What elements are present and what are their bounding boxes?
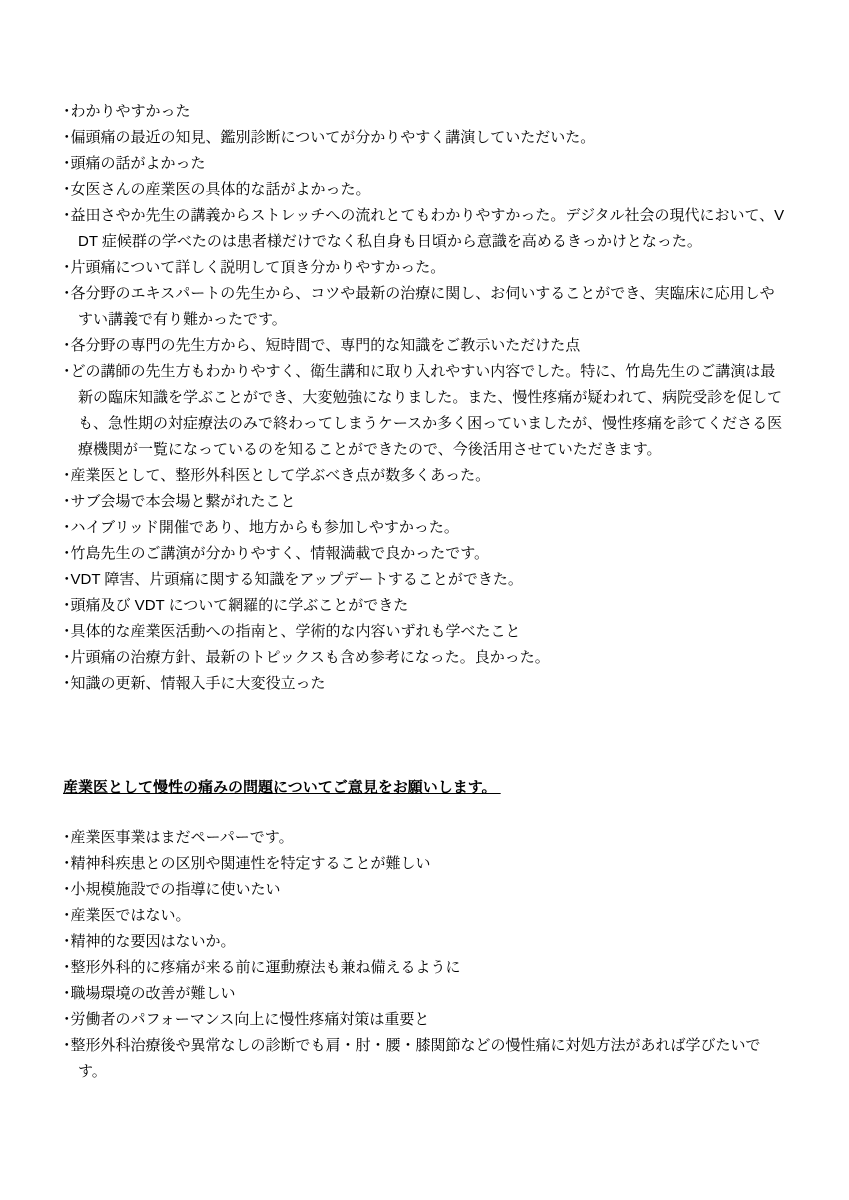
- comment-text: 頭痛の話がよかった: [71, 155, 206, 172]
- bullet-glyph: ･: [63, 1037, 71, 1054]
- comment-text: 女医さんの産業医の具体的な話がよかった。: [71, 181, 371, 198]
- list-item: ･各分野のエキスパートの先生から、コツや最新の治療に関し、お伺いすることができ、…: [63, 281, 787, 333]
- chronic-pain-opinions-list: ･産業医事業はまだペーパーです。 ･精神科疾患との区別や関連性を特定することが難…: [63, 825, 787, 1085]
- opinion-text: 職場環境の改善が難しい: [71, 985, 236, 1002]
- comment-text: 知識の更新、情報入手に大変役立った: [71, 675, 326, 692]
- opinion-text: 整形外科的に疼痛が来る前に運動療法も兼ね備えるように: [71, 959, 461, 976]
- list-item: ･VDT 障害、片頭痛に関する知識をアップデートすることができた。: [63, 567, 787, 593]
- list-item: ･産業医として、整形外科医として学ぶべき点が数多くあった。: [63, 463, 787, 489]
- list-item: ･サブ会場で本会場と繋がれたこと: [63, 489, 787, 515]
- bullet-glyph: ･: [63, 675, 71, 692]
- bullet-glyph: ･: [63, 181, 71, 198]
- opinion-text: 産業医事業はまだペーパーです。: [71, 829, 294, 846]
- list-item: ･整形外科的に疼痛が来る前に運動療法も兼ね備えるように: [63, 955, 787, 981]
- bullet-glyph: ･: [63, 933, 71, 950]
- bullet-glyph: ･: [63, 285, 71, 302]
- list-item: ･ハイブリッド開催であり、地方からも参加しやすかった。: [63, 515, 787, 541]
- bullet-glyph: ･: [63, 545, 71, 562]
- comment-text: 各分野のエキスパートの先生から、コツや最新の治療に関し、お伺いすることができ、実…: [71, 285, 775, 328]
- comment-text: 益田さやか先生の講義からストレッチへの流れとてもわかりやすかった。デジタル社会の…: [71, 207, 785, 250]
- comment-text: 片頭痛について詳しく説明して頂き分かりやすかった。: [71, 259, 446, 276]
- bullet-glyph: ･: [63, 129, 71, 146]
- list-item: ･整形外科治療後や異常なしの診断でも肩・肘・腰・膝関節などの慢性痛に対処方法があ…: [63, 1033, 787, 1085]
- list-item: ･精神科疾患との区別や関連性を特定することが難しい: [63, 851, 787, 877]
- bullet-glyph: ･: [63, 155, 71, 172]
- comment-text: 偏頭痛の最近の知見、鑑別診断についてが分かりやすく講演していただいた。: [71, 129, 596, 146]
- list-item: ･頭痛の話がよかった: [63, 151, 787, 177]
- feedback-comments-list: ･わかりやすかった ･偏頭痛の最近の知見、鑑別診断についてが分かりやすく講演して…: [63, 99, 787, 697]
- list-item: ･片頭痛の治療方針、最新のトピックスも含め参考になった。良かった。: [63, 645, 787, 671]
- bullet-glyph: ･: [63, 571, 71, 588]
- opinion-text: 労働者のパフォーマンス向上に慢性疼痛対策は重要と: [71, 1011, 430, 1028]
- list-item: ･女医さんの産業医の具体的な話がよかった。: [63, 177, 787, 203]
- comment-text: 産業医として、整形外科医として学ぶべき点が数多くあった。: [71, 467, 491, 484]
- list-item: ･どの講師の先生方もわかりやすく、衛生講和に取り入れやすい内容でした。特に、竹島…: [63, 359, 787, 463]
- document-page: ･わかりやすかった ･偏頭痛の最近の知見、鑑別診断についてが分かりやすく講演して…: [0, 0, 849, 1200]
- list-item: ･産業医ではない。: [63, 903, 787, 929]
- comment-text: 各分野の専門の先生方から、短時間で、専門的な知識をご教示いただけた点: [71, 337, 581, 354]
- bullet-glyph: ･: [63, 103, 71, 120]
- opinion-text: 精神科疾患との区別や関連性を特定することが難しい: [71, 855, 431, 872]
- bullet-glyph: ･: [63, 1011, 71, 1028]
- list-item: ･竹島先生のご講演が分かりやすく、情報満載で良かったです。: [63, 541, 787, 567]
- bullet-glyph: ･: [63, 519, 71, 536]
- bullet-glyph: ･: [63, 363, 71, 380]
- list-item: ･労働者のパフォーマンス向上に慢性疼痛対策は重要と: [63, 1007, 787, 1033]
- bullet-glyph: ･: [63, 467, 71, 484]
- comment-text: わかりやすかった: [71, 103, 191, 120]
- list-item: ･益田さやか先生の講義からストレッチへの流れとてもわかりやすかった。デジタル社会…: [63, 203, 787, 255]
- comment-text: 頭痛及び VDT について網羅的に学ぶことができた: [71, 597, 409, 614]
- bullet-glyph: ･: [63, 207, 71, 224]
- comment-text: 具体的な産業医活動への指南と、学術的な内容いずれも学べたこと: [71, 623, 521, 640]
- list-item: ･わかりやすかった: [63, 99, 787, 125]
- comment-text: 竹島先生のご講演が分かりやすく、情報満載で良かったです。: [71, 545, 490, 562]
- list-item: ･片頭痛について詳しく説明して頂き分かりやすかった。: [63, 255, 787, 281]
- bullet-glyph: ･: [63, 829, 71, 846]
- opinion-text: 産業医ではない。: [71, 907, 191, 924]
- list-item: ･小規模施設での指導に使いたい: [63, 877, 787, 903]
- list-item: ･知識の更新、情報入手に大変役立った: [63, 671, 787, 697]
- list-item: ･各分野の専門の先生方から、短時間で、専門的な知識をご教示いただけた点: [63, 333, 787, 359]
- bullet-glyph: ･: [63, 597, 71, 614]
- bullet-glyph: ･: [63, 259, 71, 276]
- list-item: ･頭痛及び VDT について網羅的に学ぶことができた: [63, 593, 787, 619]
- bullet-glyph: ･: [63, 985, 71, 1002]
- bullet-glyph: ･: [63, 649, 71, 666]
- comment-text: どの講師の先生方もわかりやすく、衛生講和に取り入れやすい内容でした。特に、竹島先…: [71, 363, 783, 458]
- bullet-glyph: ･: [63, 959, 71, 976]
- list-item: ･偏頭痛の最近の知見、鑑別診断についてが分かりやすく講演していただいた。: [63, 125, 787, 151]
- bullet-glyph: ･: [63, 337, 71, 354]
- section-heading: 産業医として慢性の痛みの問題についてご意見をお願いします。: [63, 775, 787, 801]
- opinion-text: 精神的な要因はないか。: [71, 933, 236, 950]
- bullet-glyph: ･: [63, 907, 71, 924]
- list-item: ･職場環境の改善が難しい: [63, 981, 787, 1007]
- comment-text: ハイブリッド開催であり、地方からも参加しやすかった。: [71, 519, 459, 536]
- list-item: ･具体的な産業医活動への指南と、学術的な内容いずれも学べたこと: [63, 619, 787, 645]
- opinion-text: 小規模施設での指導に使いたい: [71, 881, 281, 898]
- comment-text: サブ会場で本会場と繋がれたこと: [71, 493, 296, 510]
- list-item: ･産業医事業はまだペーパーです。: [63, 825, 787, 851]
- bullet-glyph: ･: [63, 623, 71, 640]
- bullet-glyph: ･: [63, 855, 71, 872]
- comment-text: VDT 障害、片頭痛に関する知識をアップデートすることができた。: [71, 571, 523, 588]
- bullet-glyph: ･: [63, 493, 71, 510]
- opinion-text: 整形外科治療後や異常なしの診断でも肩・肘・腰・膝関節などの慢性痛に対処方法があれ…: [71, 1037, 761, 1080]
- comment-text: 片頭痛の治療方針、最新のトピックスも含め参考になった。良かった。: [71, 649, 550, 666]
- bullet-glyph: ･: [63, 881, 71, 898]
- list-item: ･精神的な要因はないか。: [63, 929, 787, 955]
